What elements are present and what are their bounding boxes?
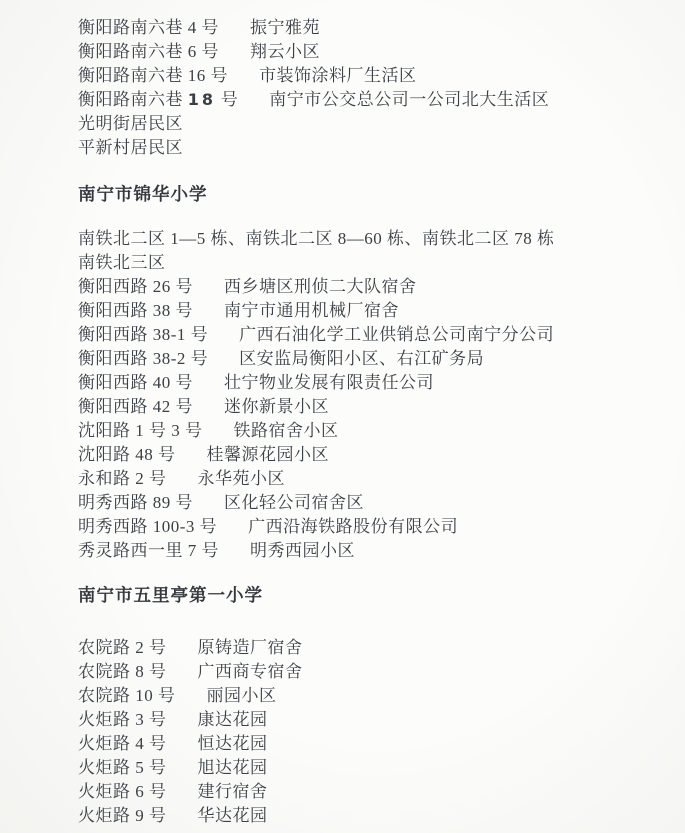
street-address: 农院路 10 号	[78, 686, 176, 705]
address-line: 明秀西路 100-3 号广西沿海铁路股份有限公司	[78, 515, 657, 539]
address-line: 火炬路 4 号恒达花园	[78, 732, 657, 756]
section-heading: 南宁市五里亭第一小学	[78, 583, 657, 607]
estate-name: 铁路宿舍小区	[234, 421, 339, 440]
estate-name: 广西沿海铁路股份有限公司	[248, 517, 458, 536]
street-address: 农院路 2 号	[78, 638, 167, 657]
estate-name: 丽园小区	[207, 686, 277, 705]
address-line: 衡阳西路 40 号壮宁物业发展有限责任公司	[78, 371, 657, 395]
street-address: 火炬路 3 号	[78, 710, 167, 729]
estate-name: 广西石油化学工业供销总公司南宁分公司	[239, 325, 554, 344]
address-number-bold: 18	[188, 90, 216, 109]
estate-name: 建行宿舍	[198, 782, 268, 801]
street-address-part: 号	[216, 90, 238, 109]
estate-name: 原铸造厂宿舍	[198, 638, 303, 657]
estate-name: 区化轻公司宿舍区	[224, 493, 364, 512]
street-address: 明秀西路 89 号	[78, 493, 193, 512]
address-line: 南铁北三区	[78, 251, 657, 275]
address-line: 平新村居民区	[78, 136, 657, 160]
address-line: 衡阳路南六巷 4 号振宁雅苑	[78, 16, 657, 40]
address-line: 衡阳西路 38-1 号广西石油化学工业供销总公司南宁分公司	[78, 323, 657, 347]
address-line: 南铁北二区 1—5 栋、南铁北二区 8—60 栋、南铁北二区 78 栋	[78, 227, 657, 251]
address-line: 光明街居民区	[78, 112, 657, 136]
street-address: 衡阳西路 38-1 号	[78, 325, 208, 344]
address-line: 农院路 10 号丽园小区	[78, 684, 657, 708]
street-address-part: 衡阳路南六巷	[78, 90, 188, 109]
address-line: 衡阳路南六巷 6 号翔云小区	[78, 40, 657, 64]
estate-name: 恒达花园	[198, 734, 268, 753]
street-address: 火炬路 5 号	[78, 758, 167, 777]
estate-name: 华达花园	[198, 806, 268, 825]
street-address: 明秀西路 100-3 号	[78, 517, 217, 536]
address-line: 农院路 8 号广西商专宿舍	[78, 660, 657, 684]
street-address: 农院路 8 号	[78, 662, 167, 681]
estate-name: 区安监局衡阳小区、右江矿务局	[239, 349, 484, 368]
street-address: 衡阳路南六巷 6 号	[78, 42, 219, 61]
address-line: 火炬路 9 号华达花园	[78, 804, 657, 828]
estate-name: 迷你新景小区	[224, 397, 329, 416]
estate-name: 翔云小区	[250, 42, 320, 61]
address-section: 衡阳路南六巷 4 号振宁雅苑衡阳路南六巷 6 号翔云小区衡阳路南六巷 16 号市…	[78, 16, 657, 160]
estate-name: 南宁市通用机械厂宿舍	[224, 301, 399, 320]
address-line: 火炬路 3 号康达花园	[78, 708, 657, 732]
address-line: 农院路 2 号原铸造厂宿舍	[78, 636, 657, 660]
address-line: 火炬路 5 号旭达花园	[78, 756, 657, 780]
street-address: 衡阳路南六巷 16 号	[78, 66, 228, 85]
address-line: 衡阳西路 38 号南宁市通用机械厂宿舍	[78, 299, 657, 323]
street-address: 衡阳西路 38-2 号	[78, 349, 208, 368]
street-address: 火炬路 9 号	[78, 806, 167, 825]
section-heading: 南宁市锦华小学	[78, 182, 657, 206]
line-text: 南铁北二区 1—5 栋、南铁北二区 8—60 栋、南铁北二区 78 栋	[78, 229, 555, 248]
line-text: 平新村居民区	[78, 138, 183, 157]
address-line: 明秀西路 89 号区化轻公司宿舍区	[78, 491, 657, 515]
street-address: 衡阳西路 40 号	[78, 373, 193, 392]
estate-name: 南宁市公交总公司一公司北大生活区	[269, 90, 549, 109]
address-line: 衡阳西路 38-2 号区安监局衡阳小区、右江矿务局	[78, 347, 657, 371]
estate-name: 西乡塘区刑侦二大队宿舍	[224, 277, 417, 296]
document-page: 衡阳路南六巷 4 号振宁雅苑衡阳路南六巷 6 号翔云小区衡阳路南六巷 16 号市…	[0, 0, 685, 833]
address-line: 衡阳路南六巷 18 号南宁市公交总公司一公司北大生活区	[78, 88, 657, 112]
estate-name: 市装饰涂料厂生活区	[259, 66, 417, 85]
estate-name: 永华苑小区	[198, 469, 286, 488]
street-address: 衡阳路南六巷 4 号	[78, 18, 219, 37]
estate-name: 振宁雅苑	[250, 18, 320, 37]
estate-name: 壮宁物业发展有限责任公司	[224, 373, 434, 392]
street-address: 衡阳西路 42 号	[78, 397, 193, 416]
street-address: 秀灵路西一里 7 号	[78, 541, 219, 560]
address-section: 南宁市五里亭第一小学农院路 2 号原铸造厂宿舍农院路 8 号广西商专宿舍农院路 …	[78, 583, 657, 828]
address-line: 衡阳西路 42 号迷你新景小区	[78, 395, 657, 419]
line-text: 光明街居民区	[78, 114, 183, 133]
address-line: 衡阳路南六巷 16 号市装饰涂料厂生活区	[78, 64, 657, 88]
estate-name: 康达花园	[198, 710, 268, 729]
street-address: 火炬路 4 号	[78, 734, 167, 753]
estate-name: 桂馨源花园小区	[207, 445, 330, 464]
street-address: 永和路 2 号	[78, 469, 167, 488]
street-address: 沈阳路 1 号 3 号	[78, 421, 203, 440]
street-address: 火炬路 6 号	[78, 782, 167, 801]
line-text: 南铁北三区	[78, 253, 166, 272]
street-address: 衡阳路南六巷 18 号	[78, 90, 238, 109]
estate-name: 广西商专宿舍	[198, 662, 303, 681]
address-line: 衡阳西路 26 号西乡塘区刑侦二大队宿舍	[78, 275, 657, 299]
street-address: 沈阳路 48 号	[78, 445, 176, 464]
address-line: 永和路 2 号永华苑小区	[78, 467, 657, 491]
street-address: 衡阳西路 38 号	[78, 301, 193, 320]
estate-name: 旭达花园	[198, 758, 268, 777]
address-line: 秀灵路西一里 7 号明秀西园小区	[78, 539, 657, 563]
address-section: 南宁市锦华小学南铁北二区 1—5 栋、南铁北二区 8—60 栋、南铁北二区 78…	[78, 182, 657, 563]
estate-name: 明秀西园小区	[250, 541, 355, 560]
street-address: 衡阳西路 26 号	[78, 277, 193, 296]
address-line: 沈阳路 48 号桂馨源花园小区	[78, 443, 657, 467]
address-line: 沈阳路 1 号 3 号铁路宿舍小区	[78, 419, 657, 443]
address-line: 火炬路 6 号建行宿舍	[78, 780, 657, 804]
